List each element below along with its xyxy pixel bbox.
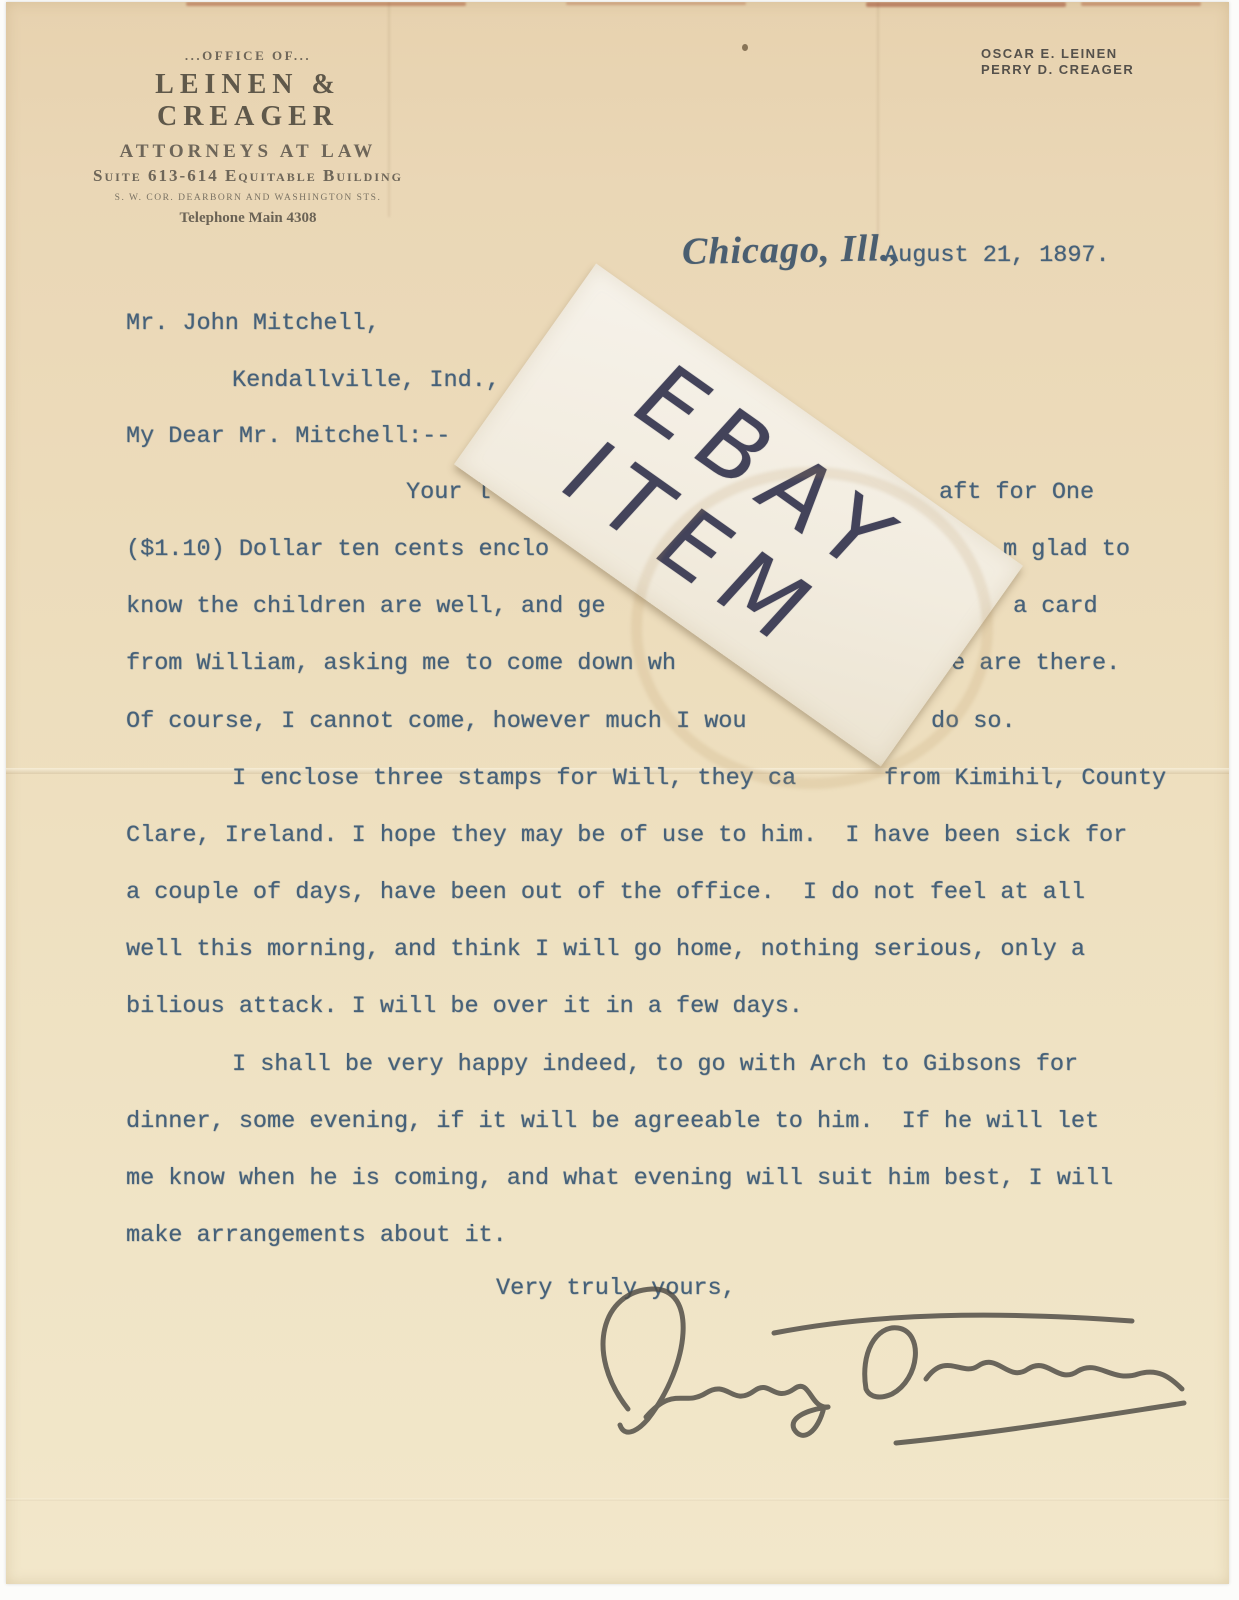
- signature-scrawl: [566, 1257, 1206, 1467]
- letter-line-segment: well this morning, and think I will go h…: [126, 936, 1085, 963]
- letter-line-segment: from William, asking me to come down wh: [126, 650, 676, 677]
- letter-line-segment: do so.: [931, 708, 1016, 735]
- letter-line-segment: bilious attack. I will be over it in a f…: [126, 993, 803, 1020]
- letter-line: me know when he is coming, and what even…: [6, 1165, 1229, 1197]
- letter-line-segment: from Kimihil, County: [884, 765, 1166, 792]
- letter-line-segment: Of course, I cannot come, however much I…: [126, 708, 747, 735]
- letter-paper: ...OFFICE OF... LEINEN & CREAGER ATTORNE…: [6, 2, 1229, 1584]
- letter-line: Clare, Ireland. I hope they may be of us…: [6, 822, 1229, 854]
- letter-line: know the children are well, and gea card: [6, 593, 1229, 625]
- letter-line: I enclose three stamps for Will, they ca…: [6, 765, 1229, 797]
- letter-line-segment: a card: [1013, 593, 1098, 620]
- signature: Perry D. Creager: [566, 1257, 1206, 1467]
- letter-line: well this morning, and think I will go h…: [6, 936, 1229, 968]
- letter-line-segment: know the children are well, and ge: [126, 593, 605, 620]
- letter-line: I shall be very happy indeed, to go with…: [6, 1051, 1229, 1083]
- letter-line: Of course, I cannot come, however much I…: [6, 708, 1229, 740]
- letter-line-segment: m glad to: [1003, 536, 1130, 563]
- letter-line-segment: Mr. John Mitchell,: [126, 310, 380, 337]
- letter-line-segment: Your l: [406, 479, 491, 506]
- letter-line: make arrangements about it.: [6, 1222, 1229, 1254]
- letter-line-segment: aft for One: [939, 479, 1094, 506]
- scanned-letter: ...OFFICE OF... LEINEN & CREAGER ATTORNE…: [0, 0, 1239, 1600]
- letter-line-segment: Clare, Ireland. I hope they may be of us…: [126, 822, 1127, 849]
- letter-line: a couple of days, have been out of the o…: [6, 879, 1229, 911]
- letter-line-segment: I enclose three stamps for Will, they ca: [232, 765, 796, 792]
- letter-line-segment: ($1.10) Dollar ten cents enclo: [126, 536, 549, 563]
- letter-line-segment: Kendallville, Ind.,: [232, 367, 500, 394]
- letter-line-segment: dinner, some evening, if it will be agre…: [126, 1108, 1099, 1135]
- letter-line-segment: e are there.: [951, 650, 1120, 677]
- letter-line-segment: a couple of days, have been out of the o…: [126, 879, 1085, 906]
- letter-line: dinner, some evening, if it will be agre…: [6, 1108, 1229, 1140]
- letter-line: from William, asking me to come down whe…: [6, 650, 1229, 682]
- letter-line-segment: make arrangements about it.: [126, 1222, 507, 1249]
- letter-line: bilious attack. I will be over it in a f…: [6, 993, 1229, 1025]
- letter-line-segment: I shall be very happy indeed, to go with…: [232, 1051, 1078, 1078]
- letter-line-segment: me know when he is coming, and what even…: [126, 1165, 1113, 1192]
- letter-line-segment: My Dear Mr. Mitchell:--: [126, 423, 450, 450]
